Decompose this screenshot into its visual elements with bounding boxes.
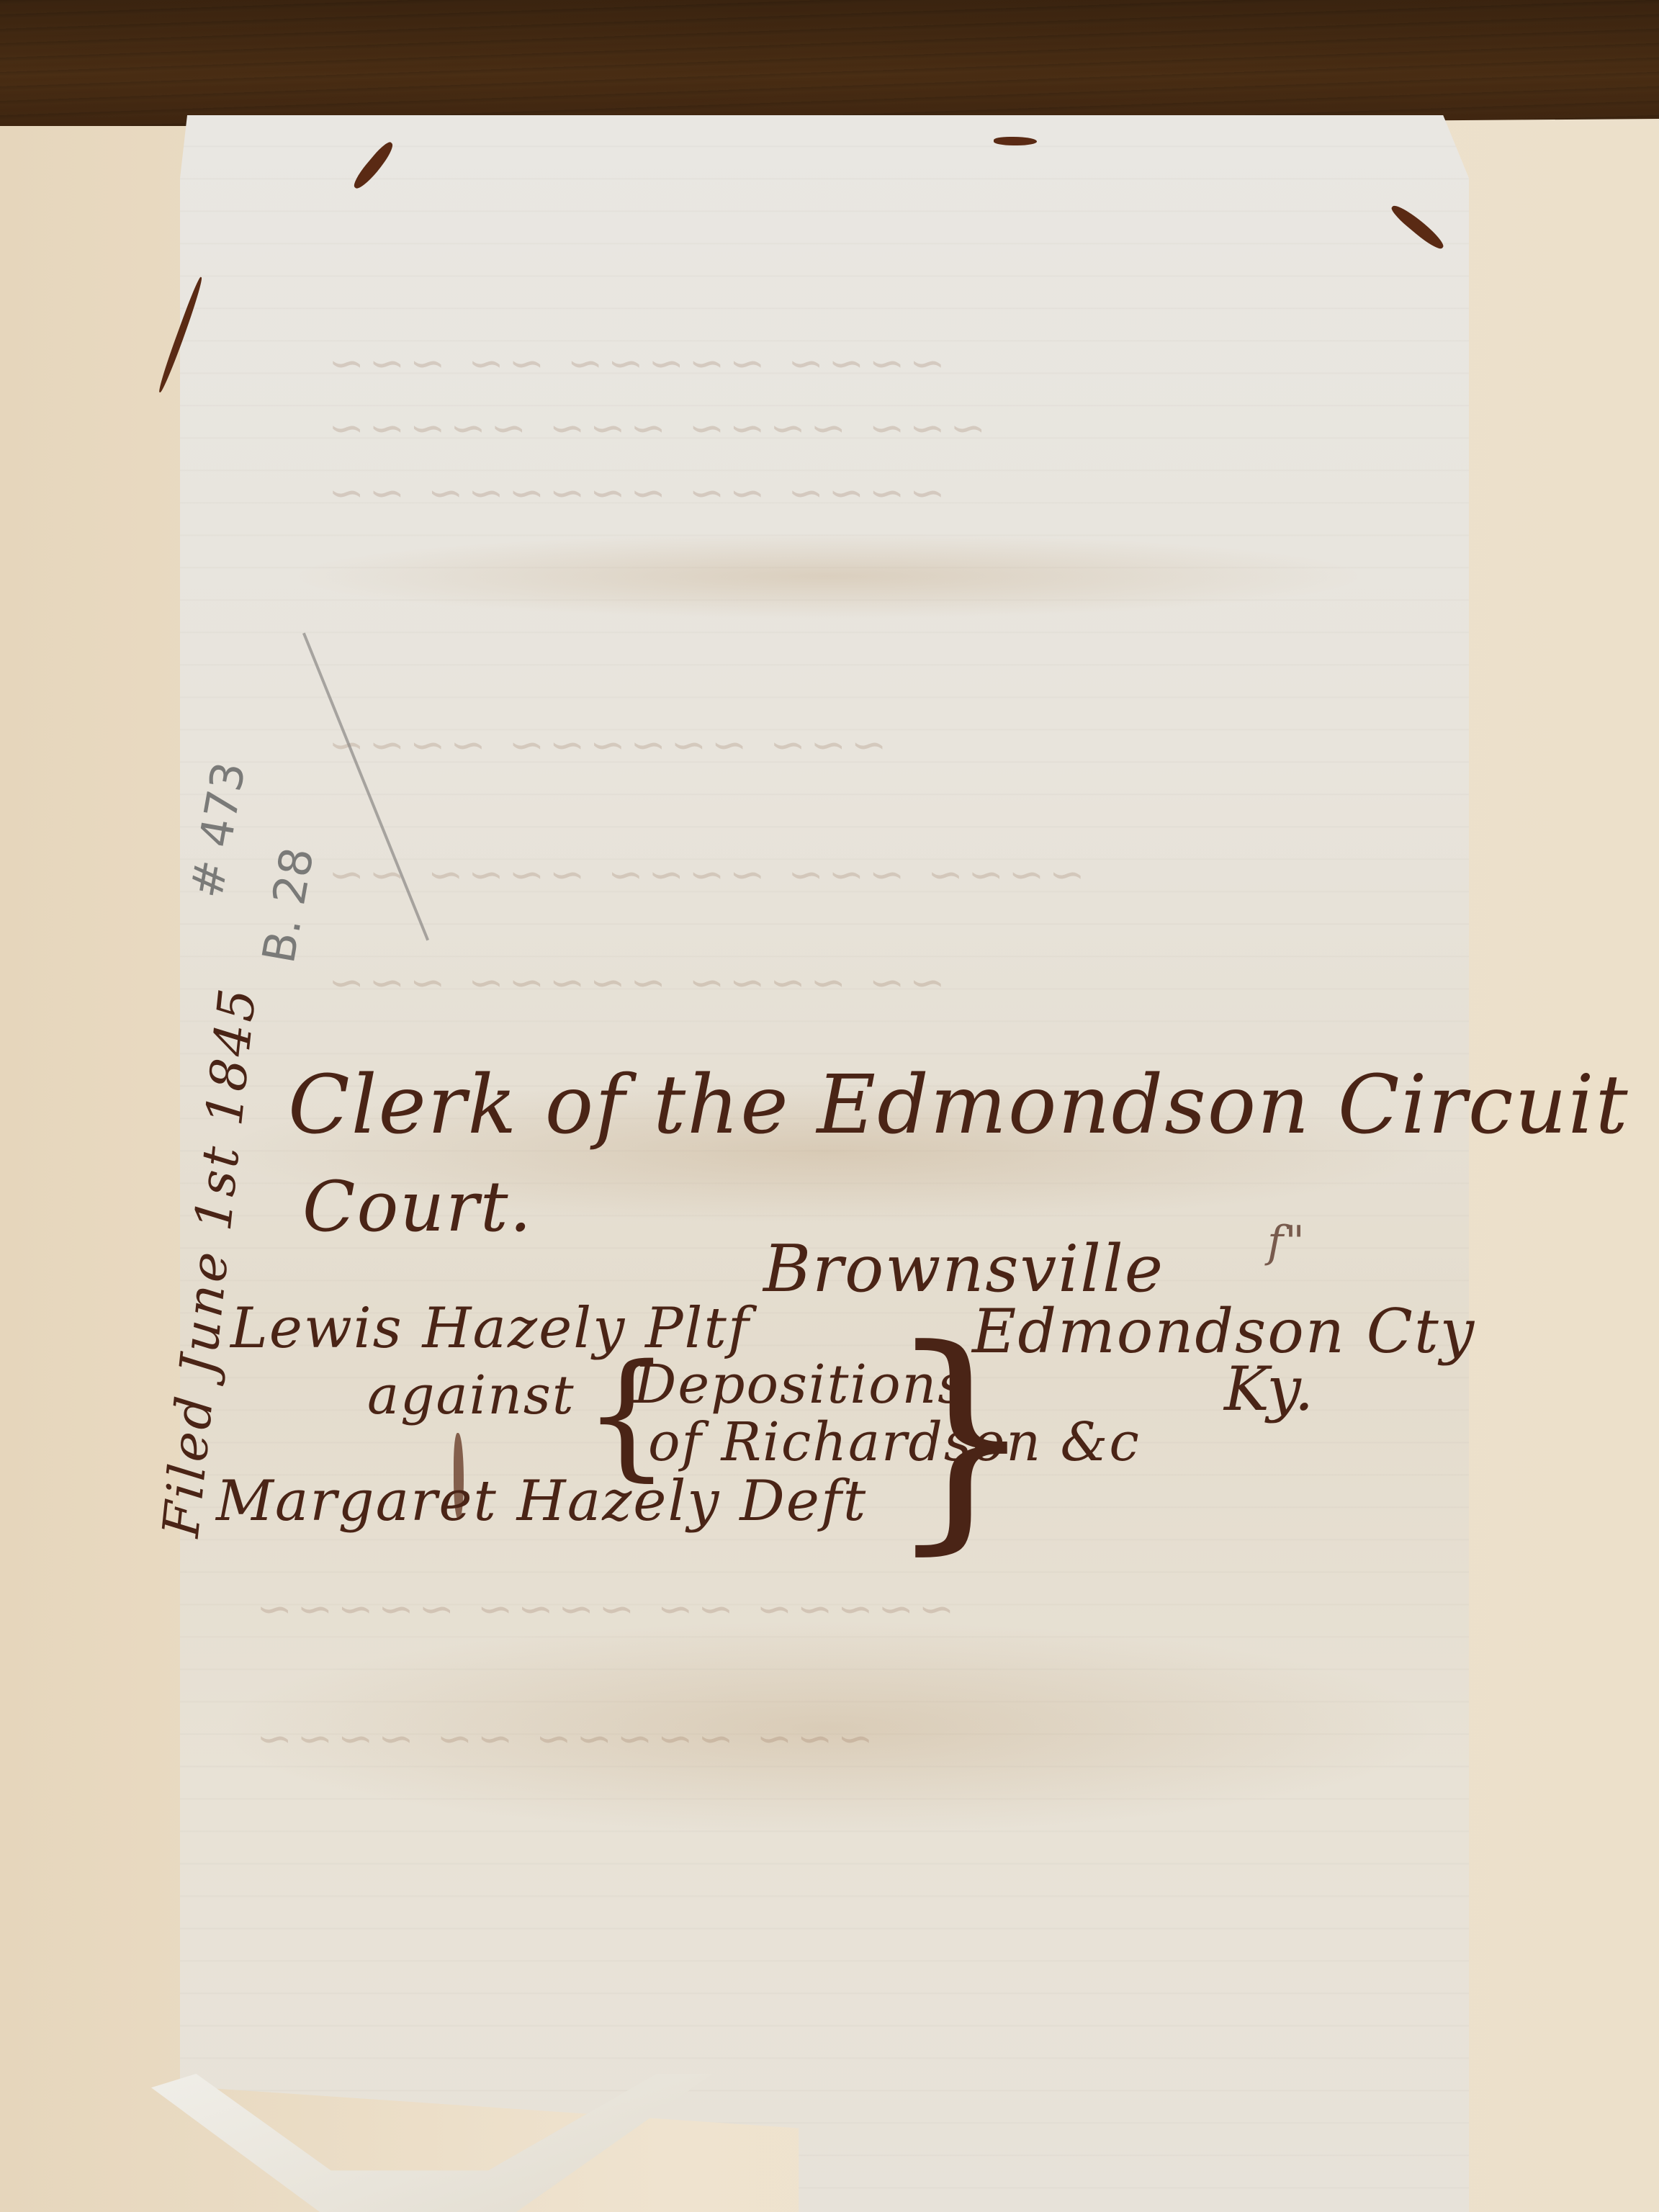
versus-label: against [367, 1364, 575, 1426]
address-state: Ky. [1224, 1354, 1315, 1424]
bleed-line: ~~~ ~~~~~~ ~~~~ [324, 720, 887, 770]
bleed-line: ~~~~ ~~~ ~~~~ ~~~~ ~~ [324, 850, 1085, 900]
bleed-line: ~~~~ ~~~~~ ~~ ~~~ [324, 338, 945, 389]
address-line-1: Clerk of the Edmondson Circuit [288, 1058, 1629, 1152]
water-stain [288, 533, 1368, 619]
bleed-line: ~~~~~ ~~ ~~~~ ~~~~~ [252, 1584, 955, 1635]
bleed-line: ~~ ~~~~ ~~~~~ ~~~ [324, 958, 945, 1008]
bleed-line: ~~~ ~~~~~ ~~ ~~~~ [252, 1714, 873, 1764]
plaintiff-name: Lewis Hazely Pltf [230, 1296, 750, 1361]
bleed-line: ~~~ ~~~~ ~~~ ~~~~~ [324, 403, 986, 454]
defendant-name: Margaret Hazely Deft [216, 1469, 867, 1534]
bleed-line: ~~~~ ~~ ~~~~~~ ~~ [324, 468, 945, 518]
address-mark: f" [1267, 1217, 1306, 1267]
right-brace-flourish: } [886, 1318, 1037, 1555]
address-line-2: Court. [302, 1166, 533, 1247]
damage-mark [994, 137, 1037, 145]
left-brace-flourish: { [583, 1346, 670, 1483]
